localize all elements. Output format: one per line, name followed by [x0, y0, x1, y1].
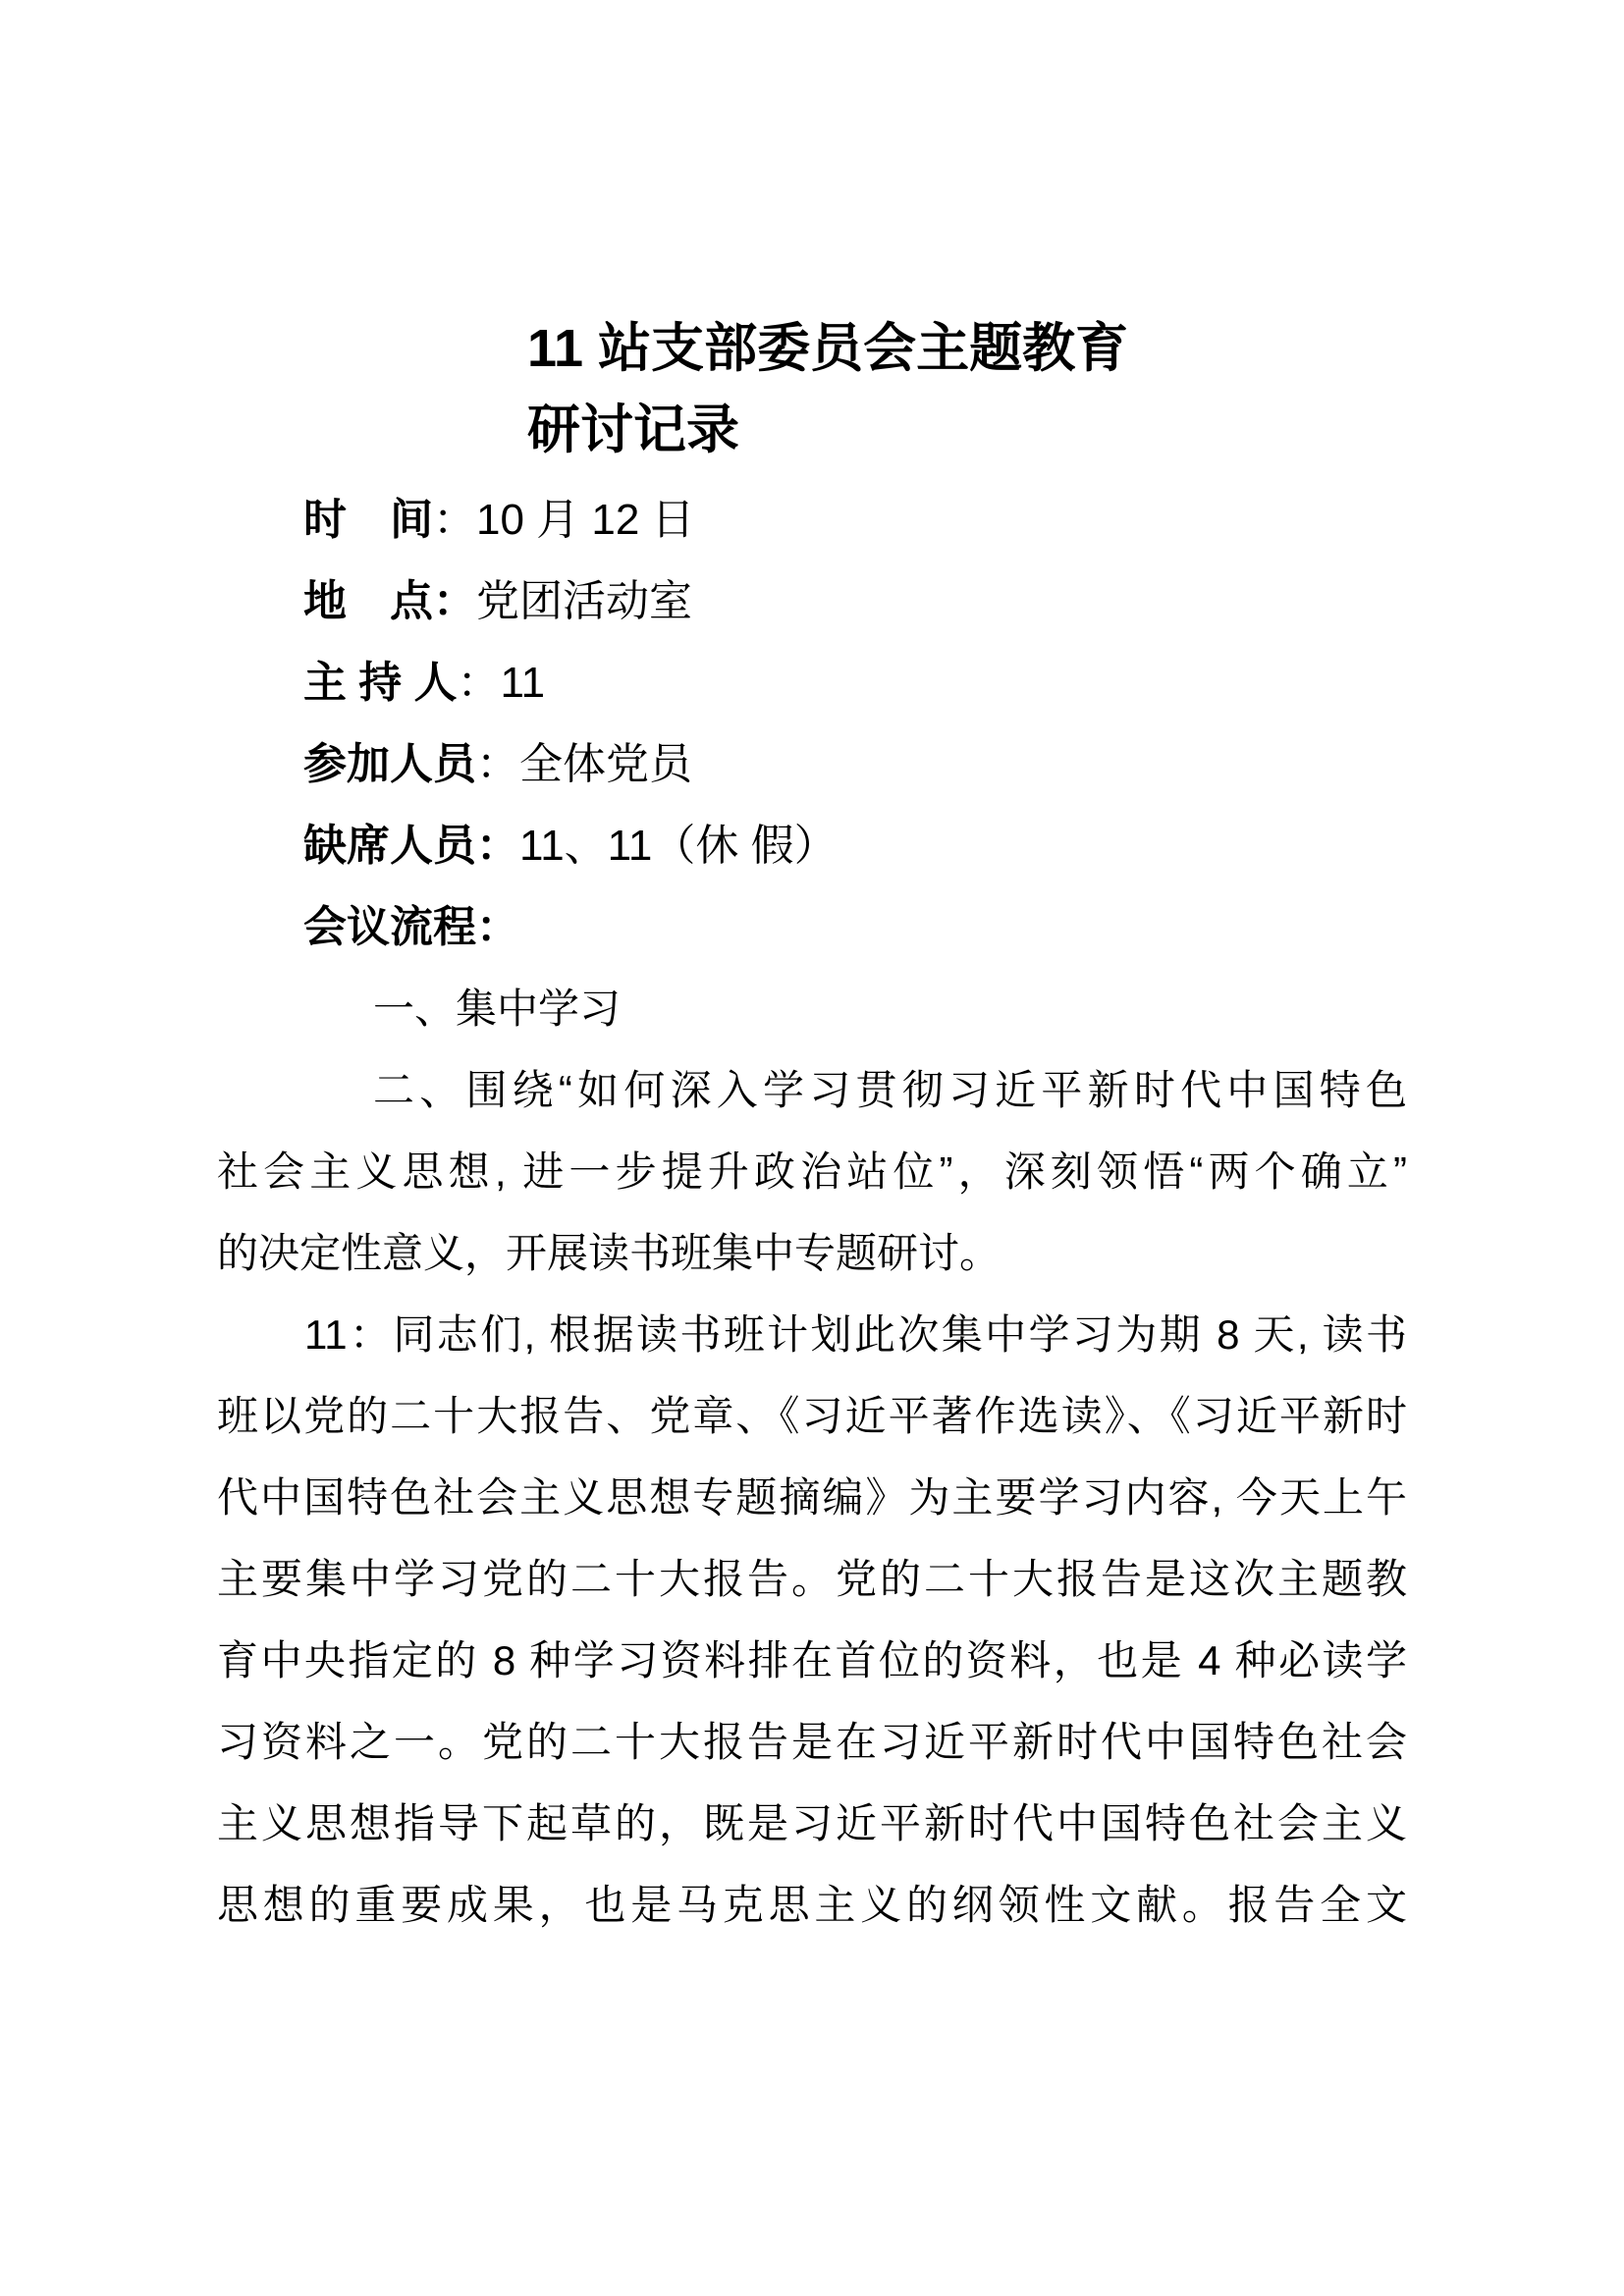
document-title: 11 站支部委员会主题教育 研讨记录 [217, 308, 1407, 471]
meta-label: 地 点： [303, 577, 476, 625]
meta-label: 会议流程： [303, 903, 519, 951]
meta-label: 时 间 [303, 496, 433, 544]
meta-row: 参加人员：全体党员 [217, 723, 1407, 805]
title-line-2: 研讨记录 [217, 390, 1407, 471]
paragraph-line: 主要集中学习党的二十大报告。党的二十大报告是这次主题教 [217, 1538, 1407, 1620]
paragraph-line: 思想的重要成果，也是马克思主义的纲领性文献。报告全文 [217, 1864, 1407, 1946]
meta-row: 时 间：10 月 12 日 [217, 479, 1407, 561]
meta-value: ：全体党员 [476, 740, 692, 788]
meta-value: 党团活动室 [476, 577, 692, 625]
meta-label: 主 持 人 [303, 659, 457, 707]
meta-label: 缺席人员： [303, 822, 519, 870]
paragraph-line: 主义思想指导下起草的，既是习近平新时代中国特色社会主义 [217, 1783, 1407, 1864]
body-section: 一、集中学习二、围绕“如何深入学习贯彻习近平新时代中国特色社会主义思想, 进一步… [217, 968, 1407, 1946]
paragraph-line: 习资料之一。党的二十大报告是在习近平新时代中国特色社会 [217, 1701, 1407, 1783]
paragraph-line: 育中央指定的 8 种学习资料排在首位的资料，也是 4 种必读学 [217, 1620, 1407, 1701]
meta-value: 11、11（休 假） [519, 822, 838, 870]
document-content: 11 站支部委员会主题教育 研讨记录 时 间：10 月 12 日地 点：党团活动… [217, 308, 1407, 1946]
paragraph-line: 一、集中学习 [217, 968, 1407, 1049]
meta-label: 参加人员 [303, 740, 476, 788]
meta-section: 时 间：10 月 12 日地 点：党团活动室主 持 人：11参加人员：全体党员缺… [217, 479, 1407, 968]
document-page: 11 站支部委员会主题教育 研讨记录 时 间：10 月 12 日地 点：党团活动… [0, 0, 1624, 2296]
paragraph-line: 社会主义思想, 进一步提升政治站位”，深刻领悟“两个确立” [217, 1131, 1407, 1212]
meta-value: ：11 [457, 659, 545, 707]
meta-row: 地 点：党团活动室 [217, 561, 1407, 642]
paragraph-line: 11：同志们, 根据读书班计划此次集中学习为期 8 天, 读书 [217, 1294, 1407, 1375]
meta-value: ：10 月 12 日 [433, 496, 695, 544]
title-line-1: 11 站支部委员会主题教育 [217, 308, 1407, 390]
paragraph-line: 班以党的二十大报告、党章、《习近平著作选读》、《习近平新时 [217, 1375, 1407, 1457]
meta-row: 主 持 人：11 [217, 642, 1407, 723]
paragraph-line: 的决定性意义，开展读书班集中专题研讨。 [217, 1212, 1407, 1294]
meta-row: 缺席人员：11、11（休 假） [217, 805, 1407, 886]
meta-row: 会议流程： [217, 886, 1407, 968]
paragraph-line: 代中国特色社会主义思想专题摘编》为主要学习内容, 今天上午 [217, 1457, 1407, 1538]
paragraph-line: 二、围绕“如何深入学习贯彻习近平新时代中国特色 [217, 1049, 1407, 1131]
